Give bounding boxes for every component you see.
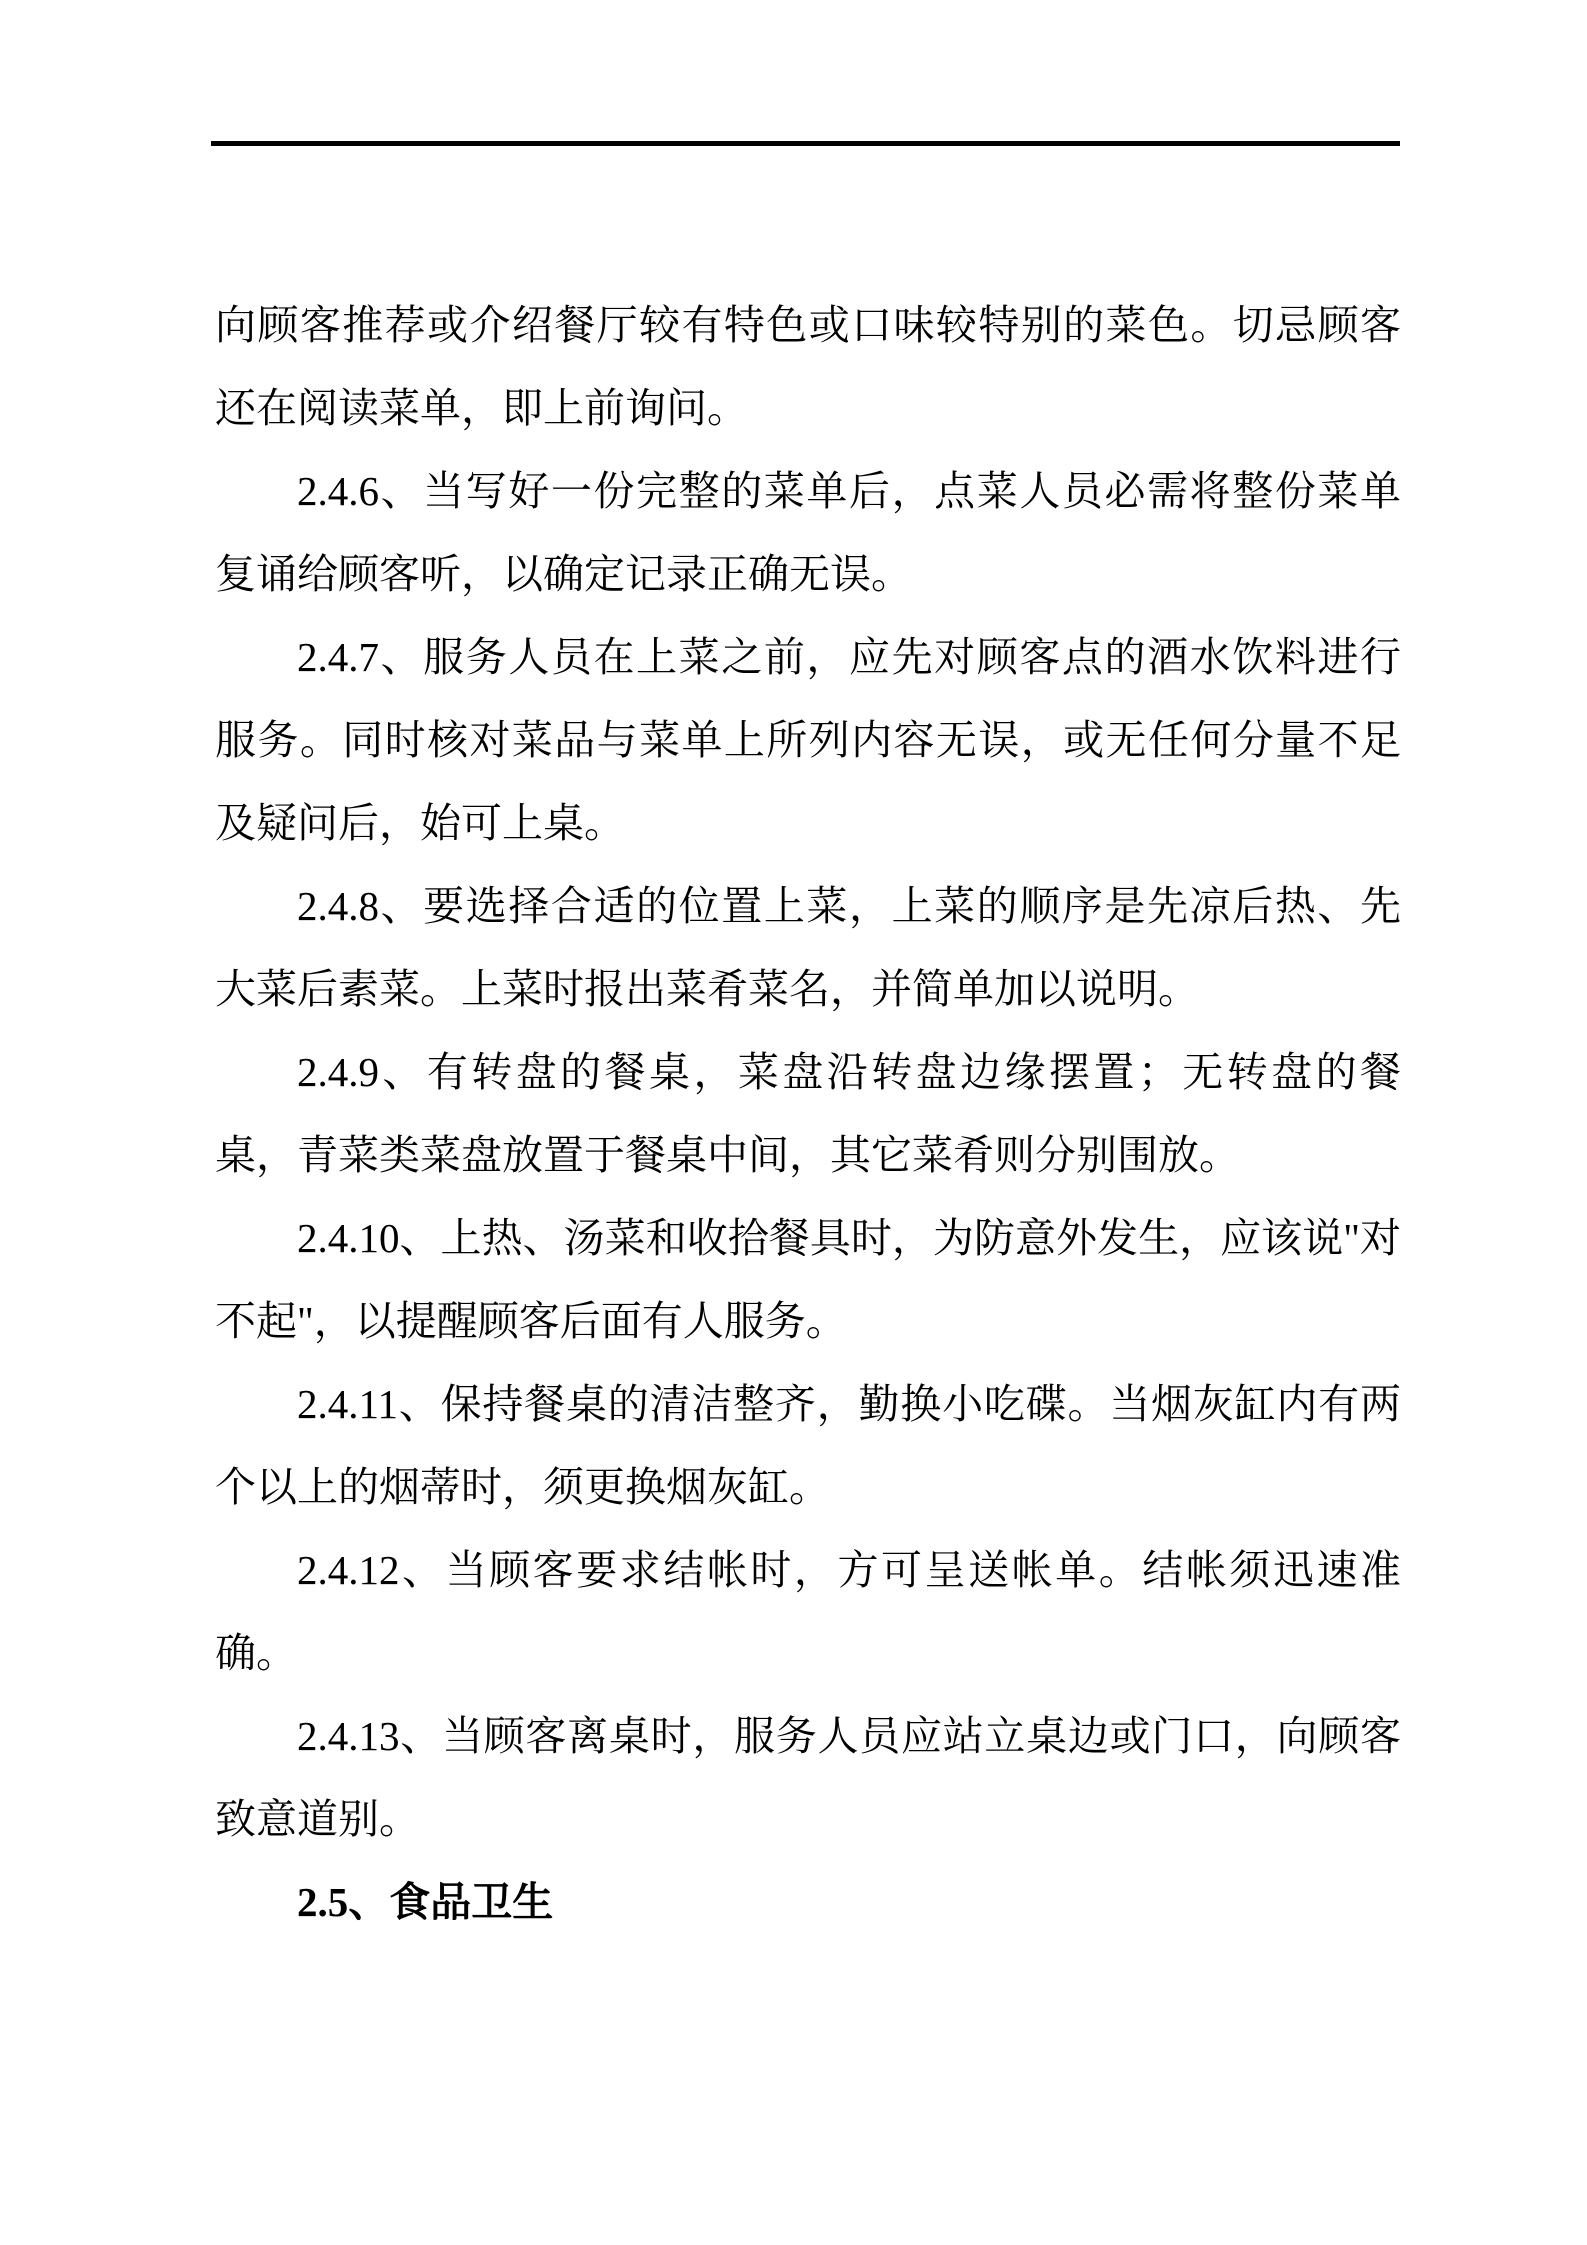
document-page: 向顾客推荐或介绍餐厅较有特色或口味较特别的菜色。切忌顾客还在阅读菜单，即上前询问… [0, 0, 1587, 2245]
para-2-4-10: 2.4.10、上热、汤菜和收拾餐具时，为防意外发生，应该说"对不起"，以提醒顾客… [215, 1197, 1401, 1363]
para-continued: 向顾客推荐或介绍餐厅较有特色或口味较特别的菜色。切忌顾客还在阅读菜单，即上前询问… [215, 284, 1401, 450]
para-2-4-9: 2.4.9、有转盘的餐桌，菜盘沿转盘边缘摆置；无转盘的餐桌，青菜类菜盘放置于餐桌… [215, 1031, 1401, 1197]
para-2-4-8: 2.4.8、要选择合适的位置上菜，上菜的顺序是先凉后热、先大菜后素菜。上菜时报出… [215, 865, 1401, 1031]
document-body: 向顾客推荐或介绍餐厅较有特色或口味较特别的菜色。切忌顾客还在阅读菜单，即上前询问… [215, 284, 1401, 1944]
para-2-4-13: 2.4.13、当顾客离桌时，服务人员应站立桌边或门口，向顾客致意道别。 [215, 1695, 1401, 1861]
para-2-4-6: 2.4.6、当写好一份完整的菜单后，点菜人员必需将整份菜单复诵给顾客听，以确定记… [215, 450, 1401, 616]
para-2-4-11: 2.4.11、保持餐桌的清洁整齐，勤换小吃碟。当烟灰缸内有两个以上的烟蒂时，须更… [215, 1363, 1401, 1529]
para-2-4-7: 2.4.7、服务人员在上菜之前，应先对顾客点的酒水饮料进行服务。同时核对菜品与菜… [215, 616, 1401, 865]
para-2-4-12: 2.4.12、当顾客要求结帐时，方可呈送帐单。结帐须迅速准确。 [215, 1529, 1401, 1695]
section-heading-2-5: 2.5、食品卫生 [215, 1861, 1401, 1944]
header-rule [211, 141, 1400, 146]
